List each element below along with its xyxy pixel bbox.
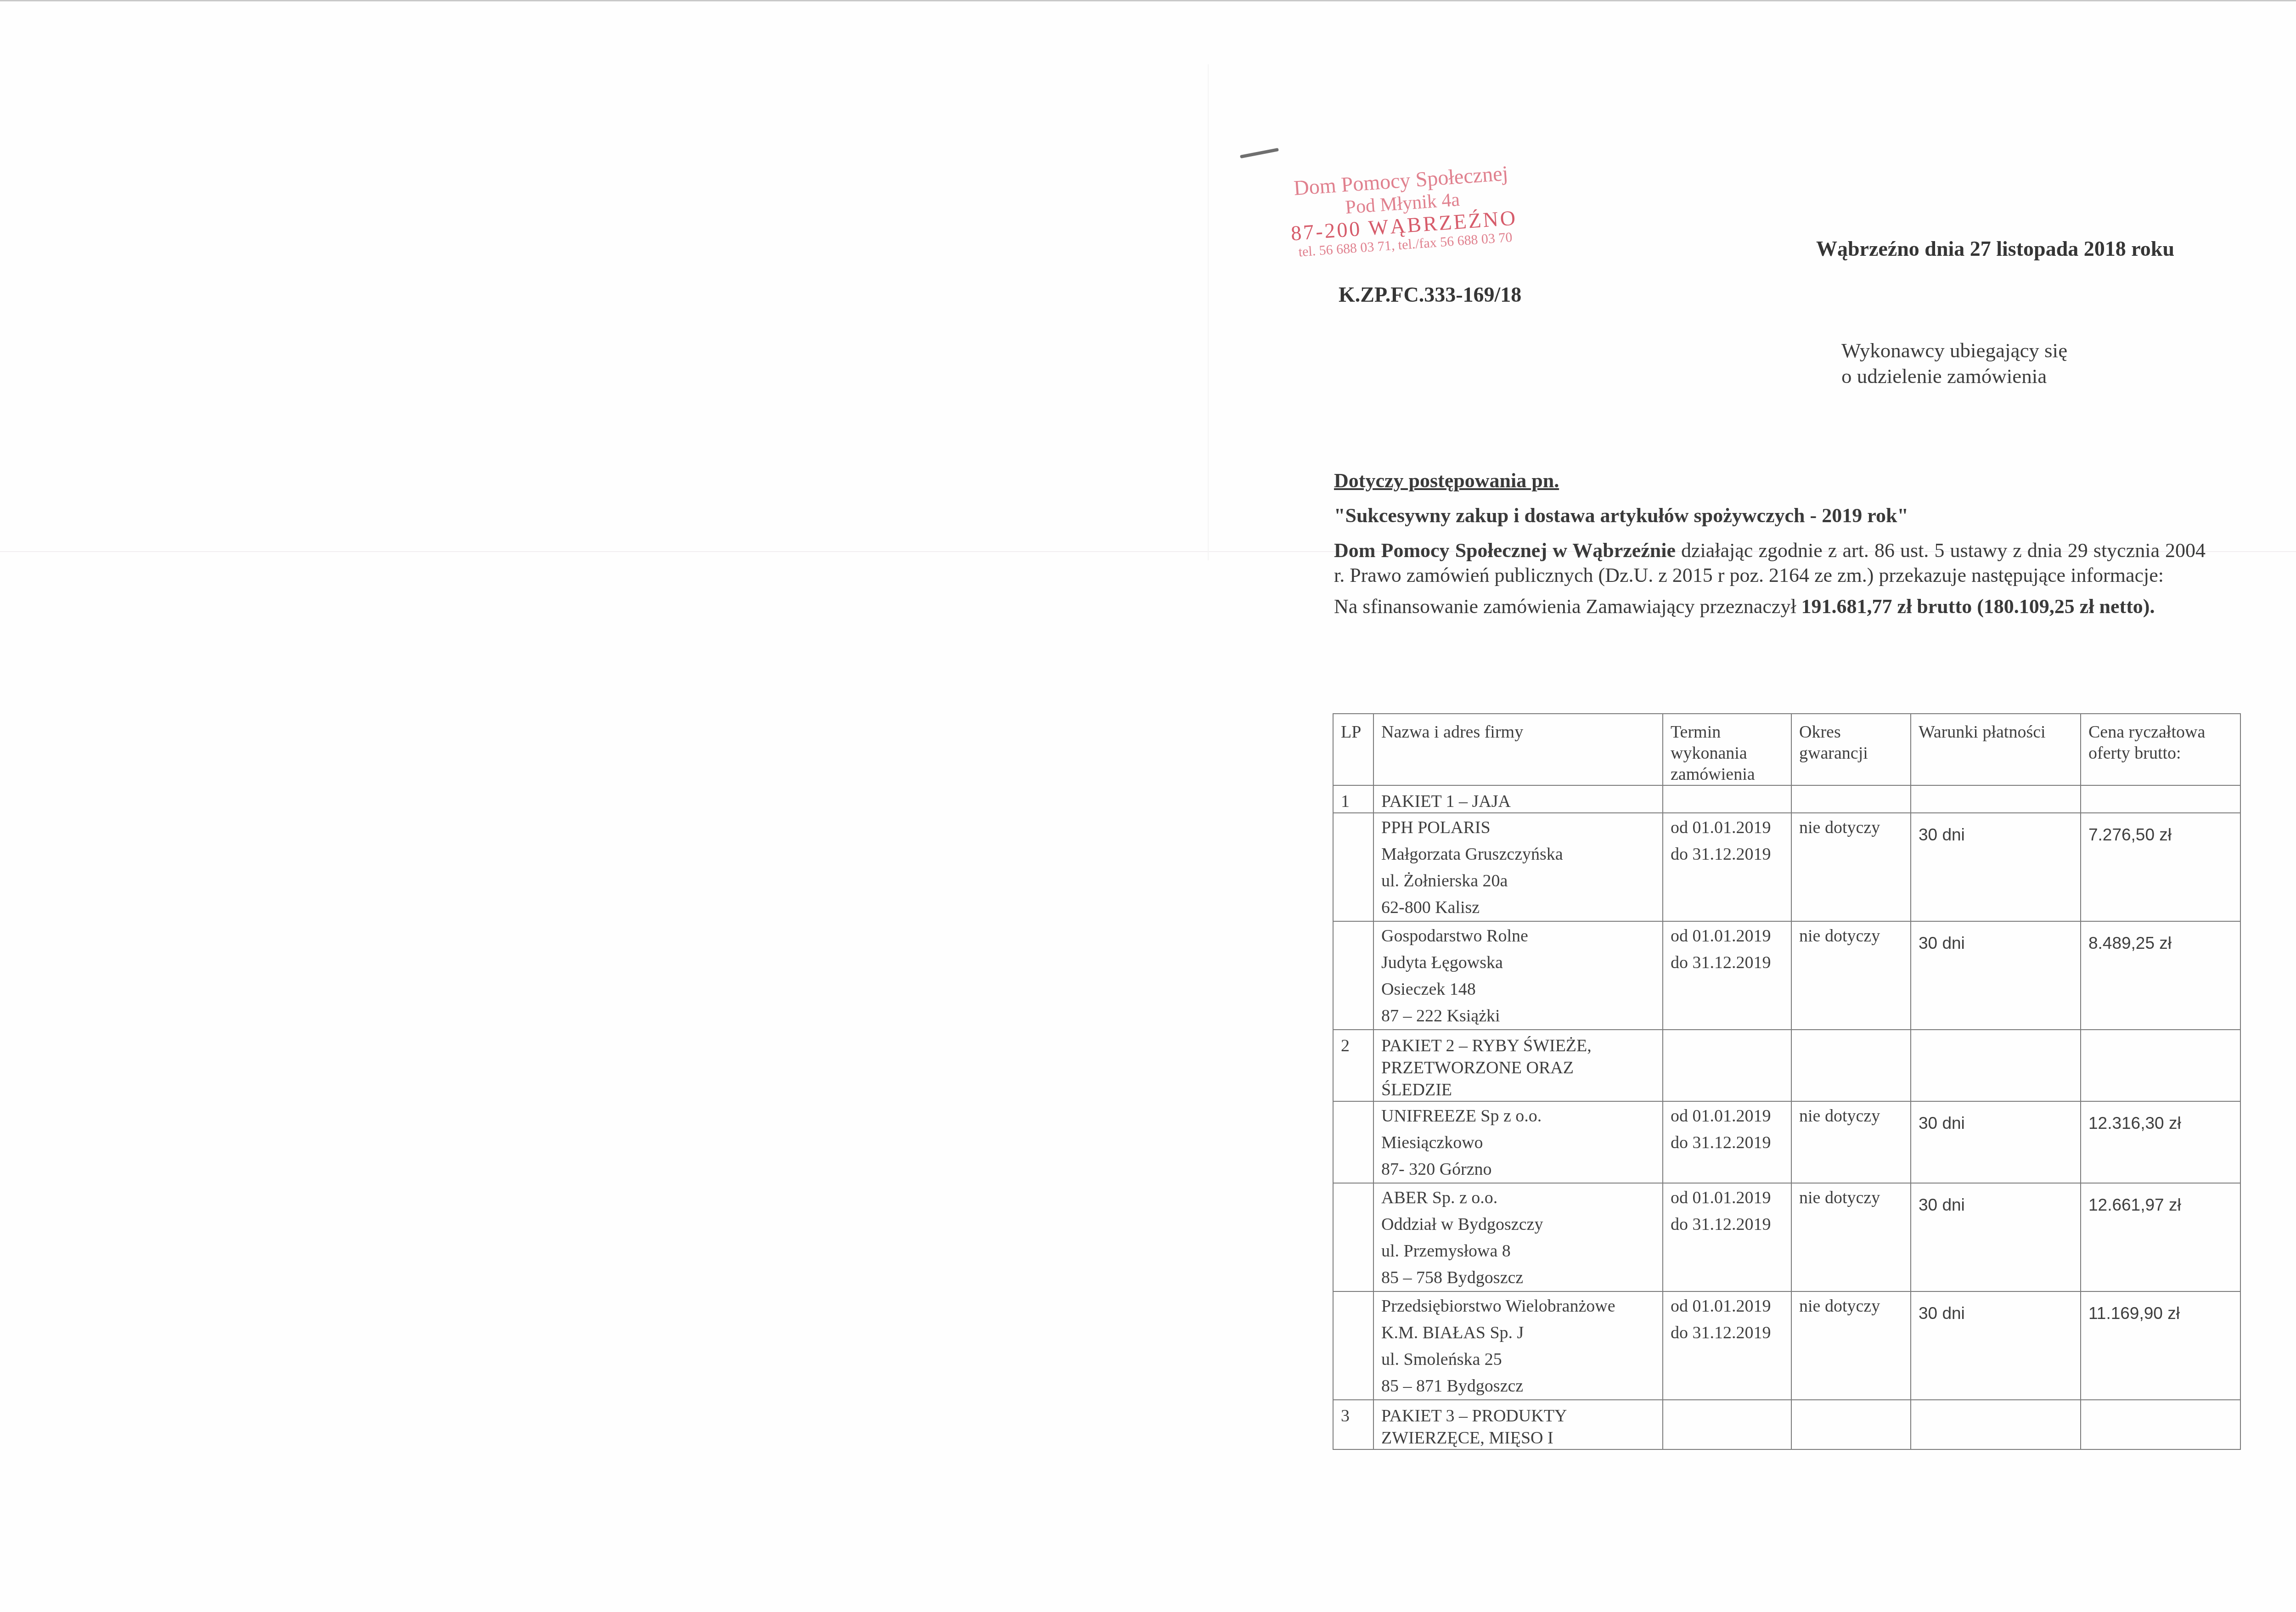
term-line: do 31.12.2019: [1671, 1129, 1784, 1156]
company-line: 62-800 Kalisz: [1381, 894, 1655, 921]
institution-stamp: Dom Pomocy Społecznej Pod Młynik 4a 87-2…: [1240, 159, 1566, 263]
offer-payment: 30 dni: [1911, 1291, 2081, 1400]
offer-warranty: nie dotyczy: [1791, 1183, 1911, 1291]
offer-row: UNIFREEZE Sp z o.o.Miesiączkowo87- 320 G…: [1333, 1101, 2240, 1183]
offers-table: LP Nazwa i adres firmy Termin wykonania …: [1333, 713, 2241, 1450]
offer-company: Gospodarstwo RolneJudyta ŁęgowskaOsiecze…: [1373, 921, 1663, 1030]
package-lp: 3: [1333, 1400, 1373, 1449]
offer-warranty: nie dotyczy: [1791, 1101, 1911, 1183]
header-company: Nazwa i adres firmy: [1373, 714, 1663, 785]
empty-cell: [1791, 1400, 1911, 1449]
offer-company: UNIFREEZE Sp z o.o.Miesiączkowo87- 320 G…: [1373, 1101, 1663, 1183]
offer-warranty: nie dotyczy: [1791, 1291, 1911, 1400]
term-line: od 01.01.2019: [1671, 1293, 1784, 1319]
staple-mark: [1240, 148, 1279, 158]
letter-body: Dotyczy postępowania pn. "Sukcesywny zak…: [1334, 468, 2206, 619]
empty-cell: [1791, 1030, 1911, 1101]
offer-row: Gospodarstwo RolneJudyta ŁęgowskaOsiecze…: [1333, 921, 2240, 1030]
term-line: do 31.12.2019: [1671, 841, 1784, 868]
offers-table-body: 1PAKIET 1 – JAJAPPH POLARISMałgorzata Gr…: [1333, 785, 2240, 1449]
empty-cell: [1791, 785, 1911, 813]
offer-lp: [1333, 813, 1373, 921]
company-line: ul. Smoleńska 25: [1381, 1346, 1655, 1373]
funding-paragraph: Na sfinansowanie zamówienia Zamawiający …: [1334, 594, 2206, 619]
offer-lp: [1333, 1101, 1373, 1183]
package-lp: 2: [1333, 1030, 1373, 1101]
addressee-line: o udzielenie zamówienia: [1841, 363, 2067, 389]
funding-gross: 191.681,77 zł brutto: [1801, 595, 1972, 618]
package-title-line: PAKIET 3 – PRODUKTY: [1381, 1405, 1655, 1427]
scan-edge: [0, 0, 2296, 1]
company-line: PPH POLARIS: [1381, 814, 1655, 841]
package-row: 3PAKIET 3 – PRODUKTYZWIERZĘCE, MIĘSO I: [1333, 1400, 2240, 1449]
package-row: 2PAKIET 2 – RYBY ŚWIEŻE,PRZETWORZONE ORA…: [1333, 1030, 2240, 1101]
empty-cell: [2081, 785, 2240, 813]
offer-price: 12.316,30 zł: [2081, 1101, 2240, 1183]
company-line: Osieczek 148: [1381, 976, 1655, 1003]
offer-term: od 01.01.2019do 31.12.2019: [1663, 921, 1791, 1030]
procedure-title: "Sukcesywny zakup i dostawa artykułów sp…: [1334, 503, 2206, 528]
empty-cell: [1663, 1400, 1791, 1449]
header-lp: LP: [1333, 714, 1373, 785]
table-header-row: LP Nazwa i adres firmy Termin wykonania …: [1333, 714, 2240, 785]
company-line: Małgorzata Gruszczyńska: [1381, 841, 1655, 868]
company-line: 87 – 222 Książki: [1381, 1003, 1655, 1029]
offer-lp: [1333, 1183, 1373, 1291]
empty-cell: [2081, 1030, 2240, 1101]
offer-lp: [1333, 921, 1373, 1030]
offer-row: PPH POLARISMałgorzata Gruszczyńskaul. Żo…: [1333, 813, 2240, 921]
package-title-line: PRZETWORZONE ORAZ: [1381, 1057, 1655, 1079]
term-line: do 31.12.2019: [1671, 949, 1784, 976]
company-line: Oddział w Bydgoszczy: [1381, 1211, 1655, 1238]
reference-number: K.ZP.FC.333-169/18: [1339, 282, 1521, 307]
offer-term: od 01.01.2019do 31.12.2019: [1663, 1183, 1791, 1291]
term-line: od 01.01.2019: [1671, 1184, 1784, 1211]
company-line: ul. Żołnierska 20a: [1381, 868, 1655, 894]
company-line: 85 – 758 Bydgoszcz: [1381, 1264, 1655, 1291]
company-line: UNIFREEZE Sp z o.o.: [1381, 1103, 1655, 1129]
offer-term: od 01.01.2019do 31.12.2019: [1663, 1291, 1791, 1400]
offer-price: 11.169,90 zł: [2081, 1291, 2240, 1400]
package-title: PAKIET 2 – RYBY ŚWIEŻE,PRZETWORZONE ORAZ…: [1373, 1030, 1663, 1101]
offer-term: od 01.01.2019do 31.12.2019: [1663, 1101, 1791, 1183]
header-warranty: Okres gwarancji: [1791, 714, 1911, 785]
package-lp: 1: [1333, 785, 1373, 813]
offer-warranty: nie dotyczy: [1791, 921, 1911, 1030]
place-date: Wąbrzeźno dnia 27 listopada 2018 roku: [1816, 237, 2174, 261]
company-line: Gospodarstwo Rolne: [1381, 923, 1655, 949]
offer-payment: 30 dni: [1911, 1101, 2081, 1183]
offer-payment: 30 dni: [1911, 1183, 2081, 1291]
offer-lp: [1333, 1291, 1373, 1400]
term-line: do 31.12.2019: [1671, 1319, 1784, 1346]
funding-net: (180.109,25 zł netto).: [1977, 595, 2155, 618]
offer-price: 7.276,50 zł: [2081, 813, 2240, 921]
package-title-line: ŚLEDZIE: [1381, 1079, 1655, 1101]
offer-payment: 30 dni: [1911, 921, 2081, 1030]
funding-text: Na sfinansowanie zamówienia Zamawiający …: [1334, 595, 1801, 618]
company-line: 87- 320 Górzno: [1381, 1156, 1655, 1183]
empty-cell: [1911, 1030, 2081, 1101]
company-line: ABER Sp. z o.o.: [1381, 1184, 1655, 1211]
company-line: K.M. BIAŁAS Sp. J: [1381, 1319, 1655, 1346]
offer-price: 12.661,97 zł: [2081, 1183, 2240, 1291]
addressee: Wykonawcy ubiegający się o udzielenie za…: [1841, 338, 2067, 389]
package-title-line: ZWIERZĘCE, MIĘSO I: [1381, 1427, 1655, 1449]
company-line: ul. Przemysłowa 8: [1381, 1238, 1655, 1264]
term-line: od 01.01.2019: [1671, 814, 1784, 841]
package-row: 1PAKIET 1 – JAJA: [1333, 785, 2240, 813]
company-line: Przedsiębiorstwo Wielobranżowe: [1381, 1293, 1655, 1319]
term-line: od 01.01.2019: [1671, 923, 1784, 949]
offer-company: PPH POLARISMałgorzata Gruszczyńskaul. Żo…: [1373, 813, 1663, 921]
term-line: do 31.12.2019: [1671, 1211, 1784, 1238]
offer-price: 8.489,25 zł: [2081, 921, 2240, 1030]
empty-cell: [1663, 1030, 1791, 1101]
offer-warranty: nie dotyczy: [1791, 813, 1911, 921]
subject-label: Dotyczy postępowania pn.: [1334, 469, 1559, 492]
empty-cell: [1663, 785, 1791, 813]
header-price: Cena ryczałtowa oferty brutto:: [2081, 714, 2240, 785]
package-title: PAKIET 1 – JAJA: [1373, 785, 1663, 813]
addressee-line: Wykonawcy ubiegający się: [1841, 338, 2067, 363]
empty-cell: [2081, 1400, 2240, 1449]
header-payment: Warunki płatności: [1911, 714, 2081, 785]
company-line: 85 – 871 Bydgoszcz: [1381, 1373, 1655, 1399]
package-title-line: PAKIET 1 – JAJA: [1381, 790, 1655, 812]
header-term: Termin wykonania zamówienia: [1663, 714, 1791, 785]
offer-company: Przedsiębiorstwo WielobranżoweK.M. BIAŁA…: [1373, 1291, 1663, 1400]
offer-company: ABER Sp. z o.o.Oddział w Bydgoszczyul. P…: [1373, 1183, 1663, 1291]
package-title-line: PAKIET 2 – RYBY ŚWIEŻE,: [1381, 1035, 1655, 1057]
empty-cell: [1911, 1400, 2081, 1449]
offer-row: ABER Sp. z o.o.Oddział w Bydgoszczyul. P…: [1333, 1183, 2240, 1291]
intro-paragraph: Dom Pomocy Społecznej w Wąbrzeźnie dział…: [1334, 538, 2206, 588]
company-line: Judyta Łęgowska: [1381, 949, 1655, 976]
offer-payment: 30 dni: [1911, 813, 2081, 921]
institution-name: Dom Pomocy Społecznej w Wąbrzeźnie: [1334, 539, 1676, 562]
offer-term: od 01.01.2019do 31.12.2019: [1663, 813, 1791, 921]
page-edge: [1208, 64, 1209, 560]
term-line: od 01.01.2019: [1671, 1103, 1784, 1129]
offer-row: Przedsiębiorstwo WielobranżoweK.M. BIAŁA…: [1333, 1291, 2240, 1400]
package-title: PAKIET 3 – PRODUKTYZWIERZĘCE, MIĘSO I: [1373, 1400, 1663, 1449]
company-line: Miesiączkowo: [1381, 1129, 1655, 1156]
empty-cell: [1911, 785, 2081, 813]
